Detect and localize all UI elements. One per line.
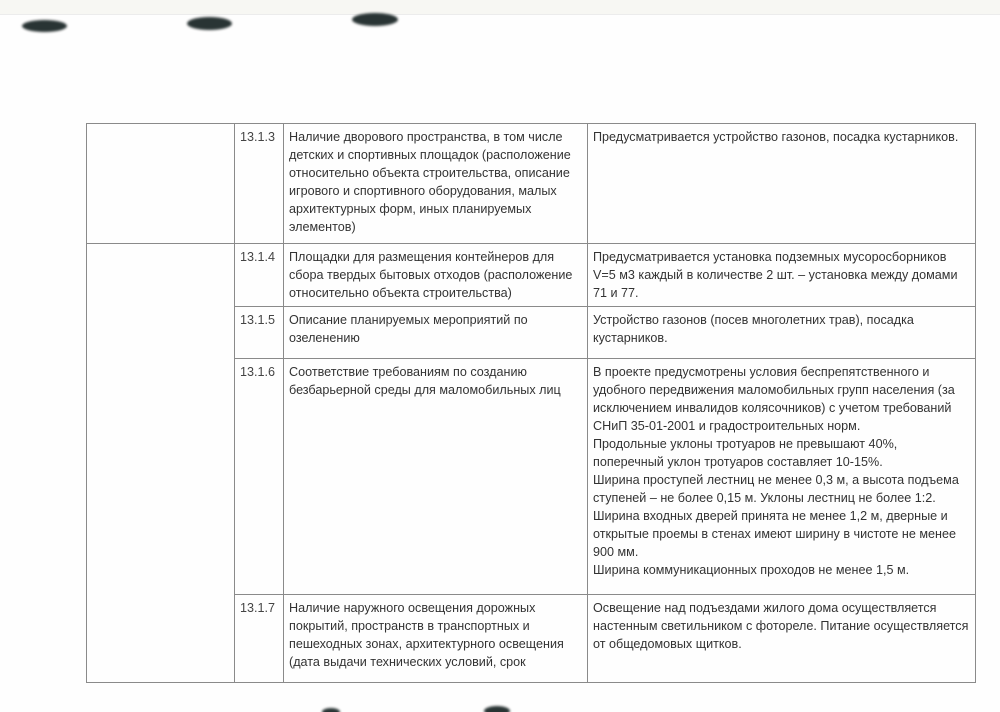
item-number: 13.1.6	[235, 359, 284, 595]
punch-hole-mark	[322, 708, 340, 712]
table-row: 13.1.7Наличие наружного освещения дорожн…	[87, 595, 976, 683]
description-cell: Предусматривается установка подземных му…	[588, 244, 976, 307]
description-paragraph: Предусматривается установка подземных му…	[593, 248, 969, 302]
requirement-text: Наличие дворового пространства, в том чи…	[284, 124, 588, 244]
description-paragraph: Продольные уклоны тротуаров не превышают…	[593, 435, 969, 471]
description-cell: Освещение над подъездами жилого дома осу…	[588, 595, 976, 683]
item-number: 13.1.5	[235, 307, 284, 359]
description-paragraph: Ширина входных дверей принята не менее 1…	[593, 507, 969, 561]
description-paragraph: Ширина проступей лестниц не менее 0,3 м,…	[593, 471, 969, 507]
table-row: 13.1.4Площадки для размещения контейнеро…	[87, 244, 976, 307]
description-paragraph: Освещение над подъездами жилого дома осу…	[593, 599, 969, 653]
description-cell: В проекте предусмотрены условия беспрепя…	[588, 359, 976, 595]
requirement-text: Площадки для размещения контейнеров для …	[284, 244, 588, 307]
item-number: 13.1.4	[235, 244, 284, 307]
description-cell: Предусматривается устройство газонов, по…	[588, 124, 976, 244]
requirement-text: Соответствие требованиям по созданию без…	[284, 359, 588, 595]
item-number: 13.1.3	[235, 124, 284, 244]
requirement-text: Описание планируемых мероприятий по озел…	[284, 307, 588, 359]
table-row: 13.1.6Соответствие требованиям по создан…	[87, 359, 976, 595]
punch-hole-mark	[22, 20, 67, 32]
description-paragraph: Устройство газонов (посев многолетних тр…	[593, 311, 969, 347]
description-paragraph: В проекте предусмотрены условия беспрепя…	[593, 363, 969, 435]
requirements-table: 13.1.3Наличие дворового пространства, в …	[86, 123, 976, 683]
description-cell: Устройство газонов (посев многолетних тр…	[588, 307, 976, 359]
punch-hole-mark	[187, 17, 232, 30]
table-row: 13.1.3Наличие дворового пространства, в …	[87, 124, 976, 244]
punch-hole-mark	[352, 13, 398, 26]
scan-top-edge	[0, 0, 1000, 15]
requirement-text: Наличие наружного освещения дорожных пок…	[284, 595, 588, 683]
punch-hole-mark	[484, 706, 510, 712]
table-row: 13.1.5Описание планируемых мероприятий п…	[87, 307, 976, 359]
section-cell	[87, 124, 235, 244]
description-paragraph: Ширина коммуникационных проходов не мене…	[593, 561, 969, 579]
item-number: 13.1.7	[235, 595, 284, 683]
section-cell	[87, 595, 235, 683]
section-cell	[87, 307, 235, 359]
section-cell	[87, 359, 235, 595]
section-cell	[87, 244, 235, 307]
description-paragraph: Предусматривается устройство газонов, по…	[593, 128, 969, 146]
